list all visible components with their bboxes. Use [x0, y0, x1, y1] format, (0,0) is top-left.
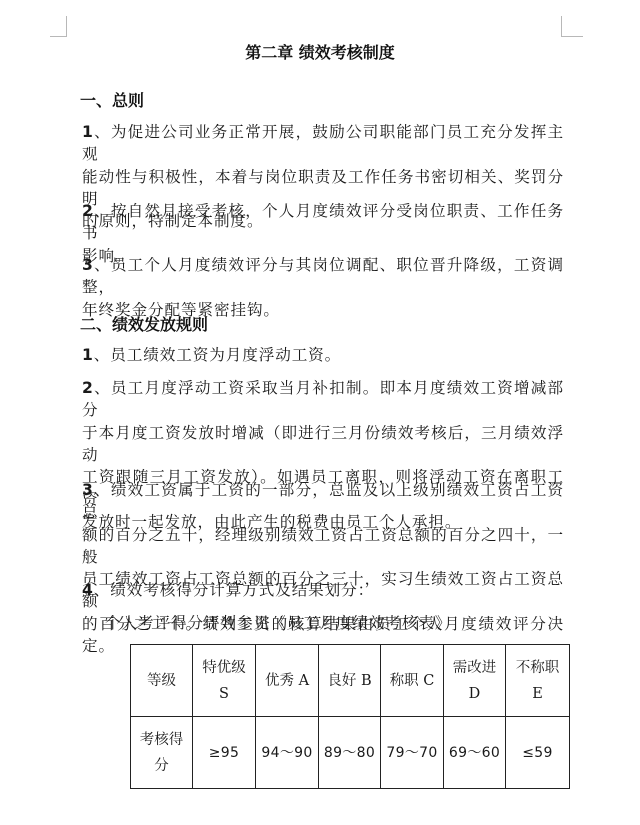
table-row-score: 考核得分 ≥95 94～90 89～80 79～70 69～60 ≤59: [131, 717, 570, 789]
paragraph-number: 3: [82, 481, 94, 499]
table-row-grade: 等级 特优级S 优秀 A 良好 B 称职 C 需改进D 不称职E: [131, 645, 570, 717]
paragraph-line: 额的百分之五十，经理级别绩效工资占工资总额的百分之四十，一般: [82, 526, 564, 566]
paragraph-number: 4: [82, 581, 94, 599]
paragraph-number: 2: [82, 379, 94, 397]
margin-corner-mark-top-right: [561, 16, 583, 37]
table-row-header: 考核得分: [131, 717, 193, 789]
paragraph-line: 、按自然月接受考核，个人月度绩效评分受岗位职责、工作任务书: [82, 202, 564, 242]
paragraph-payout-1: 1、员工绩效工资为月度浮动工资。: [82, 344, 564, 366]
reference-note: 个人考评得分评判参见《员工月度绩效考核表》: [105, 612, 451, 634]
table-cell-score-s: ≥95: [193, 717, 256, 789]
table-cell-grade-d: 需改进D: [444, 645, 506, 717]
paragraph-number: 2: [82, 202, 94, 220]
table-cell-score-d: 69～60: [444, 717, 506, 789]
margin-corner-mark-top-left: [50, 16, 67, 37]
table-cell-score-a: 94～90: [256, 717, 319, 789]
paragraph-general-3: 3、员工个人月度绩效评分与其岗位调配、职位晋升降级，工资调整， 年终奖金分配等紧…: [82, 254, 564, 321]
paragraph-payout-4: 4、绩效考核得分计算方式及结果划分：: [82, 579, 564, 601]
paragraph-number: 1: [82, 346, 94, 364]
paragraph-line: 、员工个人月度绩效评分与其岗位调配、职位晋升降级，工资调整，: [82, 256, 564, 296]
table-cell-grade-c: 称职 C: [381, 645, 444, 717]
section-heading-payout-rules: 二、绩效发放规则: [80, 315, 208, 335]
table-cell-grade-b: 良好 B: [319, 645, 381, 717]
table-row-header: 等级: [131, 645, 193, 717]
table-cell-grade-e: 不称职E: [506, 645, 570, 717]
table-cell-grade-s: 特优级S: [193, 645, 256, 717]
paragraph-number: 1: [82, 123, 94, 141]
document-page: 第二章 绩效考核制度 一、总则 1、为促进公司业务正常开展，鼓励公司职能部门员工…: [0, 0, 640, 825]
section-heading-general: 一、总则: [80, 91, 144, 111]
paragraph-line: 、绩效考核得分计算方式及结果划分：: [94, 581, 374, 599]
table-cell-grade-a: 优秀 A: [256, 645, 319, 717]
chapter-title: 第二章 绩效考核制度: [0, 43, 640, 63]
paragraph-line: 、员工月度浮动工资采取当月补扣制。即本月度绩效工资增减部分: [82, 379, 564, 419]
paragraph-line: 、为促进公司业务正常开展，鼓励公司职能部门员工充分发挥主观: [82, 123, 564, 163]
table-cell-score-b: 89～80: [319, 717, 381, 789]
grade-score-table: 等级 特优级S 优秀 A 良好 B 称职 C 需改进D 不称职E 考核得分 ≥9…: [130, 644, 570, 789]
paragraph-line: 、员工绩效工资为月度浮动工资。: [94, 346, 341, 364]
table-cell-score-e: ≤59: [506, 717, 570, 789]
paragraph-line: 、绩效工资属于工资的一部分，总监及以上级别绩效工资占工资总: [82, 481, 564, 521]
paragraph-number: 3: [82, 256, 94, 274]
paragraph-line: 于本月度工资发放时增减（即进行三月份绩效考核后，三月绩效浮动: [82, 424, 564, 464]
table-cell-score-c: 79～70: [381, 717, 444, 789]
